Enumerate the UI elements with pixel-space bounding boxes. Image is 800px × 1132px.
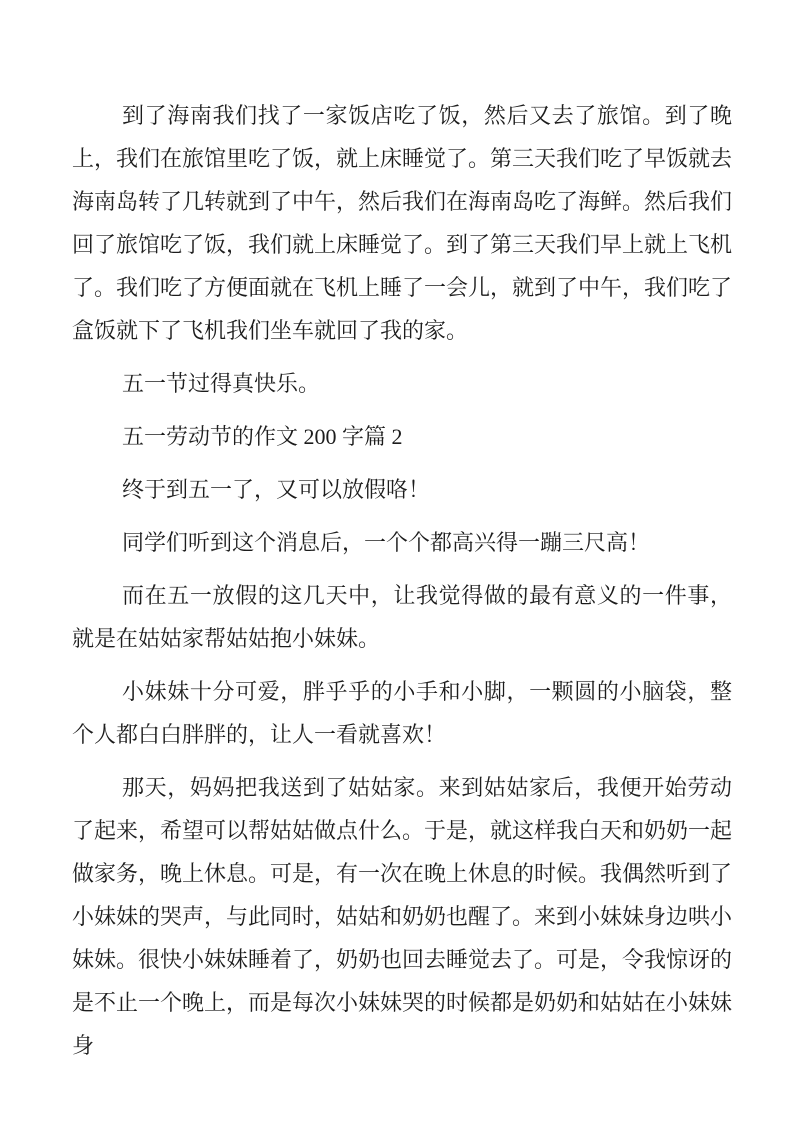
document-page: 到了海南我们找了一家饭店吃了饭，然后又去了旅馆。到了晚上，我们在旅馆里吃了饭，就… — [0, 0, 800, 1132]
essay-paragraph-1: 到了海南我们找了一家饭店吃了饭，然后又去了旅馆。到了晚上，我们在旅馆里吃了饭，就… — [72, 94, 732, 352]
essay-paragraph-7-truncated: 那天，妈妈把我送到了姑姑家。来到姑姑家后，我便开始劳动了起来，希望可以帮姑姑做点… — [72, 766, 732, 1067]
essay-paragraph-4: 同学们听到这个消息后，一个个都高兴得一蹦三尺高！ — [72, 521, 732, 564]
essay-paragraph-6: 小妹妹十分可爱，胖乎乎的小手和小脚，一颗圆的小脑袋，整个人都白白胖胖的，让人一看… — [72, 670, 732, 756]
essay-section-title: 五一劳动节的作文 200 字篇 2 — [72, 415, 732, 458]
essay-paragraph-3: 终于到五一了，又可以放假咯！ — [72, 468, 732, 511]
essay-paragraph-5: 而在五一放假的这几天中，让我觉得做的最有意义的一件事，就是在姑姑家帮姑姑抱小妹妹… — [72, 574, 732, 660]
essay-paragraph-2: 五一节过得真快乐。 — [72, 362, 732, 405]
